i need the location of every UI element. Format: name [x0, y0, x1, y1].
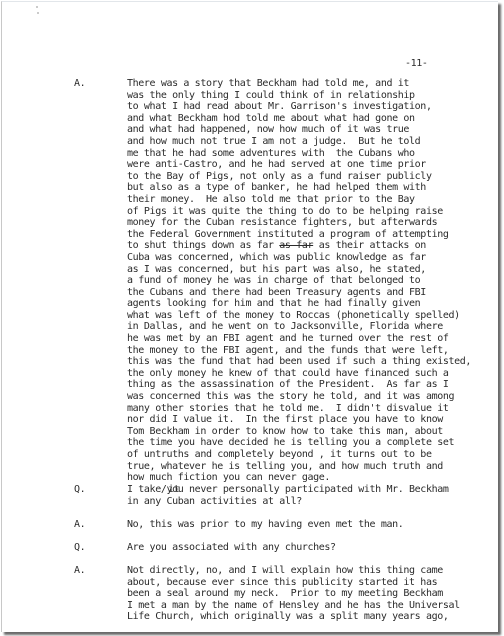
text-line: money for the Cuban resistance fighters,… — [127, 217, 471, 229]
page-number: -11- — [405, 58, 428, 70]
text-line: what was left of the money to Roccas (ph… — [127, 310, 471, 322]
text-line: me that he had some adventures with the … — [127, 148, 471, 160]
speaker-label: A. — [74, 565, 85, 577]
text-line: to the Bay of Pigs, not only as a fund r… — [127, 171, 471, 183]
text-line: were anti-Castro, and he had served at o… — [127, 159, 471, 171]
answer-block: There was a story that Beckham had told … — [127, 78, 471, 495]
text-line: Not directly, no, and I will explain how… — [127, 565, 460, 577]
text-line: the Federal Government instituted a prog… — [127, 229, 471, 241]
text-line: and how much not true I am not a judge. … — [127, 136, 471, 148]
text-line: in Dallas, and he went on to Jacksonvill… — [127, 321, 471, 333]
text-segment: to shut things down as far — [127, 240, 279, 251]
struck-text: as far — [279, 240, 313, 251]
text-line: nor did I value it. In the first place y… — [127, 414, 471, 426]
text-line: I met a man by the name of Hensley and h… — [127, 600, 460, 612]
scan-speck — [36, 6, 38, 8]
text-line: and what Beckham hod told me about what … — [127, 113, 471, 125]
text-line: been a seal around my neck. Prior to my … — [127, 588, 460, 600]
text-line: There was a story that Beckham had told … — [127, 78, 471, 90]
speaker-label: Q. — [74, 542, 85, 554]
text-line: of untruths and completely beyond , it t… — [127, 449, 471, 461]
text-line: agents looking for him and that he had f… — [127, 298, 471, 310]
answer-block: No, this was prior to my having even met… — [127, 519, 403, 531]
text-line: of Pigs it was quite the thing to do to … — [127, 206, 471, 218]
text-line: the time you have decided he is telling … — [127, 437, 471, 449]
text-line: in any Cuban activities at all? — [127, 496, 449, 508]
text-line: thing as the assassination of the Presid… — [127, 379, 471, 391]
question-block: Are you associated with any churches? — [127, 542, 336, 554]
speaker-label: A. — [74, 519, 85, 531]
text-line: Are you associated with any churches? — [127, 542, 336, 554]
text-line: he was met by an FBI agent and he turned… — [127, 333, 471, 345]
text-line: but also as a type of banker, he had hel… — [127, 182, 471, 194]
text-line-with-strikethrough: to shut things down as far as far as the… — [127, 240, 471, 252]
text-line: and what had happened, now how much of i… — [127, 124, 471, 136]
text-line: true, whatever he is telling you, and ho… — [127, 461, 471, 473]
text-line: a fund of money he was in charge of that… — [127, 275, 471, 287]
answer-block: Not directly, no, and I will explain how… — [127, 565, 460, 623]
text-line: the money to the FBI agent, and the fund… — [127, 345, 471, 357]
document-page: -11- A. There was a story that Beckham h… — [1, 1, 498, 632]
text-line: No, this was prior to my having even met… — [127, 519, 403, 531]
text-line: Life Church, which originally was a spli… — [127, 611, 460, 623]
text-line: the only money he knew of that could hav… — [127, 368, 471, 380]
question-block: I take/you never personally participated… — [127, 484, 449, 507]
text-line: I take/you never personally participated… — [127, 484, 449, 496]
text-segment: as their attacks on — [313, 240, 426, 251]
text-line: about, because ever since this publicity… — [127, 577, 460, 589]
speaker-label: Q. — [74, 484, 85, 496]
text-line: their money. He also told me that prior … — [127, 194, 471, 206]
text-line: Tom Beckham in order to know how to take… — [127, 426, 471, 438]
text-line: how much fiction you can never gage. — [127, 472, 471, 484]
text-line: as I was concerned, but his part was als… — [127, 264, 471, 276]
text-line: this was the fund that had been used if … — [127, 356, 471, 368]
text-line: many other stories that he told me. I di… — [127, 403, 471, 415]
text-line: to what I had read about Mr. Garrison's … — [127, 101, 471, 113]
text-line: was concerned this was the story he told… — [127, 391, 471, 403]
text-line: was the only thing I could think of in r… — [127, 90, 471, 102]
text-line: the Cubans and there had been Treasury a… — [127, 287, 471, 299]
text-line: Cuba was concerned, which was public kno… — [127, 252, 471, 264]
scan-speck — [37, 12, 39, 14]
speaker-label: A. — [74, 78, 85, 90]
